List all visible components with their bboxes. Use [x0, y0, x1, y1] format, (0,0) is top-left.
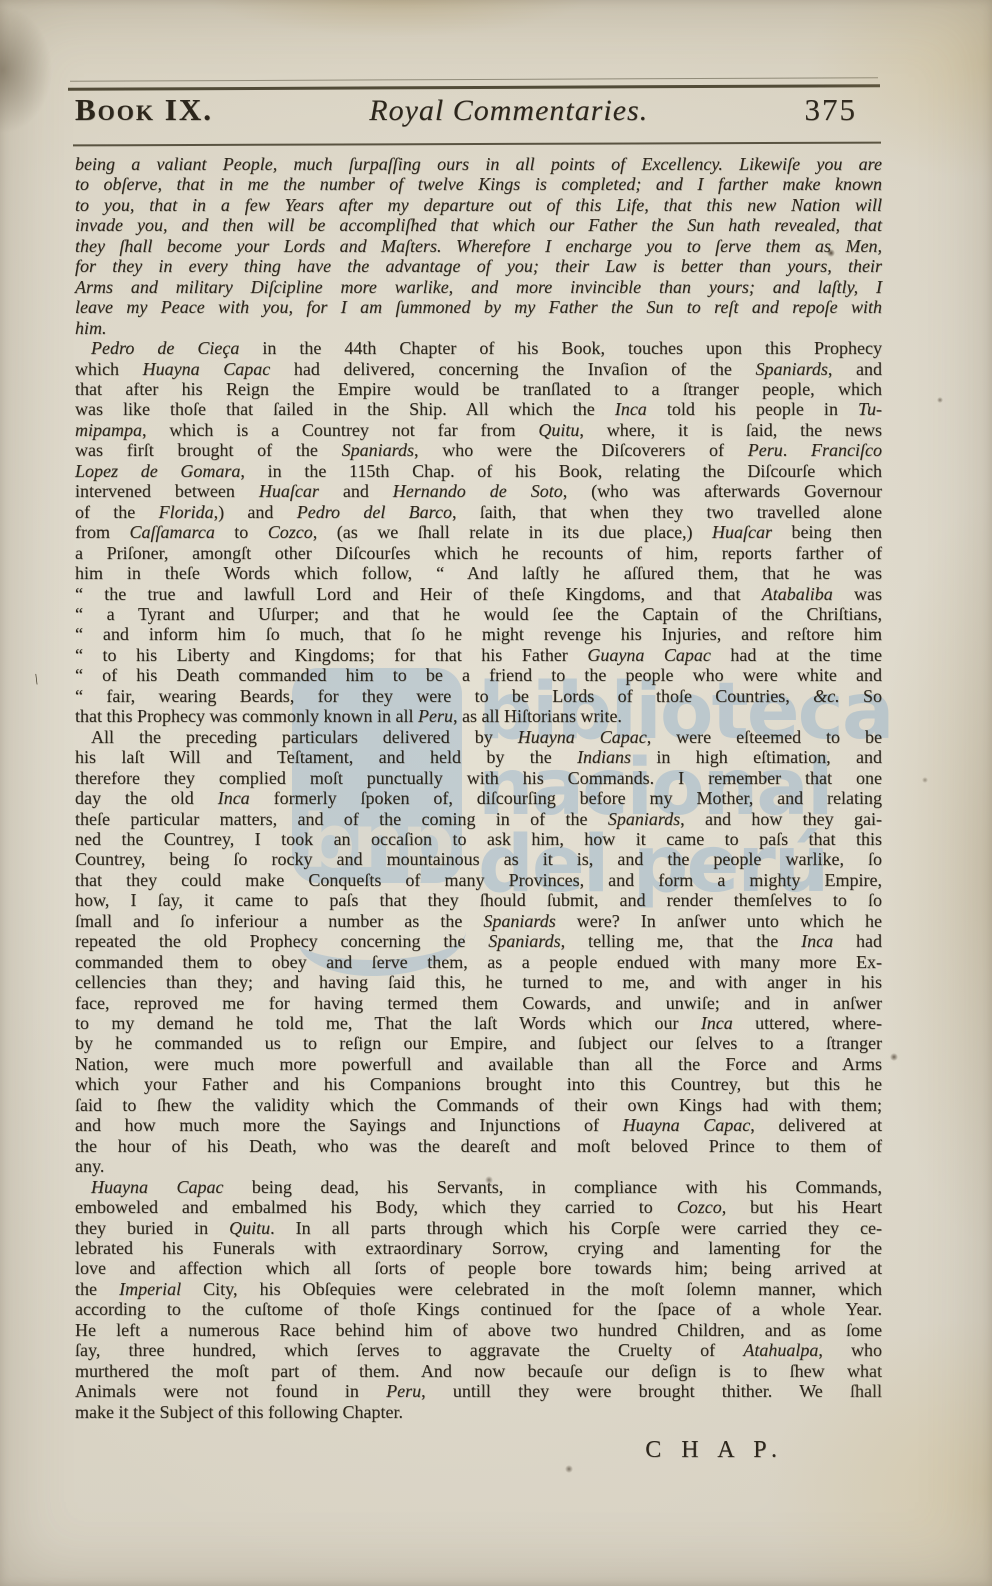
text-line: Arms and military Diſcipline more warlik… — [75, 277, 882, 297]
text-line: was firſt brought of the Spaniards, who … — [75, 440, 882, 460]
text-line: murthered the moſt part of them. And now… — [75, 1361, 882, 1381]
italic-text-segment: Spaniards — [488, 931, 560, 951]
italic-text-segment: Cozco — [677, 1197, 722, 1217]
text-line: “ the true and lawfull Lord and Heir of … — [75, 584, 882, 604]
text-segment: was — [833, 584, 882, 604]
text-line: how, I ſay, it came to paſs that they ſh… — [75, 890, 882, 910]
text-segment: that they could make Conqueſts of many P… — [75, 870, 882, 890]
italic-text-segment: Spaniards — [756, 359, 828, 379]
text-segment: , which is a Countrey not far from — [142, 420, 538, 440]
text-line: Huayna Capac being dead, his Servants, i… — [75, 1177, 882, 1197]
text-segment: ſmall and ſo inferiour a number as the — [75, 911, 483, 931]
text-segment: in the 44th Chapter of his Book, touches… — [239, 338, 882, 358]
text-segment: , ſaith, that when they two travelled al… — [452, 502, 882, 522]
text-line: they ſhall become your Lords and Maſters… — [75, 236, 882, 256]
text-line: the Imperial City, his Obſequies were ce… — [75, 1279, 882, 1299]
page-number: 375 — [805, 92, 858, 128]
text-segment: day the old — [75, 788, 218, 808]
text-segment: had at the time — [711, 645, 882, 665]
text-line: He left a numerous Race behind him of ab… — [75, 1320, 882, 1340]
page-header: Book IX. Royal Commentaries. 375 — [75, 92, 857, 138]
text-segment: the — [75, 1279, 119, 1299]
text-line: from Caſſamarca to Cozco, (as we ſhall r… — [75, 522, 882, 542]
text-segment: , and — [828, 359, 882, 379]
text-segment: were? In anſwer unto which he — [556, 911, 882, 931]
text-line: to obſerve, that in me the number of twe… — [75, 174, 882, 194]
text-segment: ned the Countrey, I took an occaſion to … — [75, 829, 882, 849]
italic-text-segment: Spaniards — [483, 911, 555, 931]
italic-text-segment: Pedro de Cieça — [91, 338, 239, 358]
text-line: Nation, were much more powerfull and ava… — [75, 1054, 882, 1074]
text-line: that after his Reign the Empire would be… — [75, 379, 882, 399]
text-segment: to — [215, 522, 268, 542]
running-title: Royal Commentaries. — [369, 94, 648, 128]
italic-text-segment: Caſſamarca — [129, 522, 214, 542]
text-segment: of the — [75, 502, 159, 522]
text-segment: “ of his Death commanded him to be a fri… — [75, 665, 882, 685]
text-line: and how much more the Sayings and Injunc… — [75, 1115, 882, 1135]
text-line: his laſt Will and Teſtament, and held by… — [75, 747, 882, 767]
text-segment: murthered the moſt part of them. And now… — [75, 1361, 882, 1381]
text-segment: , delivered at — [750, 1115, 882, 1135]
text-line: to you, that in a few Years after my dep… — [75, 195, 882, 215]
text-segment: , as all Hiſtorians write. — [453, 706, 622, 726]
text-segment: , (as we ſhall relate in its due place,) — [313, 522, 712, 542]
header-rule-top — [68, 84, 880, 90]
text-line: theſe particular matters, and of the com… — [75, 809, 882, 829]
text-segment: which — [75, 359, 143, 379]
text-segment: for they in every thing have the advanta… — [75, 256, 882, 276]
text-line: “ fair, wearing Beards, for they were to… — [75, 686, 882, 706]
text-line: any. — [75, 1156, 882, 1176]
text-line: mipampa, which is a Countrey not far fro… — [75, 420, 882, 440]
text-line: the hour of his Death, who was the deare… — [75, 1136, 882, 1156]
text-line: they buried in Quitu. In all parts throu… — [75, 1218, 882, 1238]
italic-text-segment: Peru — [748, 440, 783, 460]
text-line: Lopez de Gomara, in the 115th Chap. of h… — [75, 461, 882, 481]
text-line: which your Father and his Companions bro… — [75, 1074, 882, 1094]
text-segment: intervened between — [75, 481, 259, 501]
book-page: Book IX. Royal Commentaries. 375 bnp bib… — [0, 0, 992, 1586]
text-segment: that after his Reign the Empire would be… — [75, 379, 882, 399]
text-segment: , who — [818, 1340, 882, 1360]
text-line: therefore they complied moſt punctually … — [75, 768, 882, 788]
text-line: was like thoſe that ſailed in the Ship. … — [75, 399, 882, 419]
paragraph-2: Pedro de Cieça in the 44th Chapter of hi… — [75, 338, 882, 727]
paragraph-4: Huayna Capac being dead, his Servants, i… — [75, 1177, 882, 1422]
italic-text-segment: Cozco — [268, 522, 313, 542]
text-segment: and how much more the Sayings and Injunc… — [75, 1115, 623, 1135]
text-segment: ſay, three hundred, which ſerves to aggr… — [75, 1340, 743, 1360]
text-segment: He left a numerous Race behind him of ab… — [75, 1320, 882, 1340]
italic-text-segment: Tu- — [858, 399, 882, 419]
text-segment: Animals were not found in — [75, 1381, 386, 1401]
italic-text-segment: Huayna Capac — [91, 1177, 223, 1197]
text-segment: how, I ſay, it came to paſs that they ſh… — [75, 890, 882, 910]
text-segment: repeated the old Prophecy concerning the — [75, 931, 488, 951]
text-line: ſay, three hundred, which ſerves to aggr… — [75, 1340, 882, 1360]
italic-text-segment: Spaniards — [608, 809, 680, 829]
text-line: which Huayna Capac had delivered, concer… — [75, 359, 882, 379]
text-segment: . — [783, 440, 811, 460]
text-line: “ of his Death commanded him to be a fri… — [75, 665, 882, 685]
text-line: “ and inform him ſo much, that ſo he mig… — [75, 624, 882, 644]
text-line: according to the cuſtome of thoſe Kings … — [75, 1299, 882, 1319]
text-segment: love and affection which all ſorts of pe… — [75, 1258, 882, 1278]
text-segment: , untill they were brought thither. We ſ… — [421, 1381, 882, 1401]
italic-text-segment: Inca — [615, 399, 647, 419]
paragraph-1: being a valiant People, much ſurpaſſing … — [75, 154, 882, 338]
text-line: to my demand he told me, That the laſt W… — [75, 1013, 882, 1033]
text-segment: to my demand he told me, That the laſt W… — [75, 1013, 701, 1033]
text-segment: a Priſoner, amongſt other Diſcourſes whi… — [75, 543, 882, 563]
text-line: invade you, and then will be accompliſhe… — [75, 215, 882, 235]
text-segment: his laſt Will and Teſtament, and held by… — [75, 747, 577, 767]
text-segment: him in theſe Words which follow, “ And l… — [75, 563, 882, 583]
text-segment: being then — [772, 522, 882, 542]
text-line: of the Florida,) and Pedro del Barco, ſa… — [75, 502, 882, 522]
text-line: leave my Peace with you, for I am ſummon… — [75, 297, 882, 317]
text-line: make it the Subject of this following Ch… — [75, 1402, 882, 1422]
text-line: Countrey, being ſo rocky and mountainous… — [75, 849, 882, 869]
book-label: Book IX. — [75, 92, 213, 128]
text-line: emboweled and embalmed his Body, which t… — [75, 1197, 882, 1217]
text-segment: commanded them to obey and ſerve them, a… — [75, 952, 882, 972]
text-segment: being a valiant People, much ſurpaſſing … — [75, 154, 882, 174]
text-segment: City, his Obſequies were celebrated in t… — [181, 1279, 882, 1299]
text-segment: , were eſteemed to be — [647, 727, 882, 747]
header-rule-bottom — [73, 142, 881, 147]
text-segment: uttered, where- — [733, 1013, 882, 1033]
text-line: being a valiant People, much ſurpaſſing … — [75, 154, 882, 174]
text-line: for they in every thing have the advanta… — [75, 256, 882, 276]
text-segment: being dead, his Servants, in compliance … — [223, 1177, 882, 1197]
text-segment: , in the 115th Chap. of his Book, relati… — [240, 461, 882, 481]
text-segment: had — [833, 931, 882, 951]
text-line: him in theſe Words which follow, “ And l… — [75, 563, 882, 583]
text-segment: to obſerve, that in me the number of twe… — [75, 174, 882, 194]
text-segment: “ to his Liberty and Kingdoms; for that … — [75, 645, 587, 665]
text-segment: So — [840, 686, 882, 706]
text-line: All the preceding particulars delivered … — [75, 727, 882, 747]
text-segment: , (who was afterwards Governour — [563, 481, 882, 501]
text-segment: ſaid to ſhew the validity which the Comm… — [75, 1095, 882, 1115]
text-segment: they buried in — [75, 1218, 229, 1238]
text-line: commanded them to obey and ſerve them, a… — [75, 952, 882, 972]
text-segment: any. — [75, 1156, 104, 1176]
text-segment: “ a Tyrant and Uſurper; and that he woul… — [75, 604, 882, 624]
text-line: lebrated his Funerals with extraordinary… — [75, 1238, 882, 1258]
italic-text-segment: Guayna Capac — [587, 645, 711, 665]
text-segment: leave my Peace with you, for I am ſummon… — [75, 297, 882, 317]
text-segment: formerly ſpoken of, diſcourſing before m… — [250, 788, 882, 808]
text-line: “ to his Liberty and Kingdoms; for that … — [75, 645, 882, 665]
text-segment: Nation, were much more powerfull and ava… — [75, 1054, 882, 1074]
text-segment: , and how they gai- — [680, 809, 882, 829]
text-segment: “ the true and lawfull Lord and Heir of … — [75, 584, 762, 604]
italic-text-segment: Huayna Capac — [623, 1115, 751, 1135]
italic-text-segment: Peru — [418, 706, 453, 726]
text-line: ſaid to ſhew the validity which the Comm… — [75, 1095, 882, 1115]
text-line: ſmall and ſo inferiour a number as the S… — [75, 911, 882, 931]
italic-text-segment: mipampa — [75, 420, 142, 440]
text-segment: him. — [75, 318, 107, 338]
italic-text-segment: Huayna Capac — [143, 359, 271, 379]
italic-text-segment: Florida — [159, 502, 214, 522]
text-segment: emboweled and embalmed his Body, which t… — [75, 1197, 677, 1217]
header-rule-top-thin — [70, 77, 878, 82]
text-line: ned the Countrey, I took an occaſion to … — [75, 829, 882, 849]
italic-text-segment: Indians — [577, 747, 631, 767]
text-segment: cellencies than they; and having ſaid th… — [75, 972, 882, 992]
text-segment: was like thoſe that ſailed in the Ship. … — [75, 399, 615, 419]
text-segment: ,) and — [214, 502, 297, 522]
text-segment: therefore they complied moſt punctually … — [75, 768, 882, 788]
text-segment: face, reproved me for having termed them… — [75, 993, 882, 1013]
italic-text-segment: Huaſcar — [259, 481, 319, 501]
paragraph-3: All the preceding particulars delivered … — [75, 727, 882, 1177]
text-segment: and — [319, 481, 393, 501]
text-line: Animals were not found in Peru, untill t… — [75, 1381, 882, 1401]
italic-text-segment: Inca — [218, 788, 250, 808]
italic-text-segment: Huaſcar — [712, 522, 772, 542]
italic-text-segment: Inca — [801, 931, 833, 951]
italic-text-segment: Atahualpa — [743, 1340, 818, 1360]
text-line: cellencies than they; and having ſaid th… — [75, 972, 882, 992]
text-segment: invade you, and then will be accompliſhe… — [75, 215, 882, 235]
text-segment: the hour of his Death, who was the deare… — [75, 1136, 882, 1156]
text-segment: that this Prophecy was commonly known in… — [75, 706, 418, 726]
text-segment: to you, that in a few Years after my dep… — [75, 195, 882, 215]
italic-text-segment: Atabaliba — [762, 584, 833, 604]
margin-mark: \ — [32, 672, 40, 689]
text-line: by he commanded us to reſign our Empire,… — [75, 1033, 882, 1053]
text-segment: was firſt brought of the — [75, 440, 342, 460]
text-segment: by he commanded us to reſign our Empire,… — [75, 1033, 882, 1053]
text-segment: lebrated his Funerals with extraordinary… — [75, 1238, 882, 1258]
text-segment: . In all parts through which his Corpſe … — [270, 1218, 882, 1238]
text-segment: , where, it is ſaid, the news — [579, 420, 882, 440]
text-segment: , but his Heart — [722, 1197, 882, 1217]
text-line: repeated the old Prophecy concerning the… — [75, 931, 882, 951]
text-segment: theſe particular matters, and of the com… — [75, 809, 608, 829]
italic-text-segment: Inca — [701, 1013, 733, 1033]
text-segment: All the preceding particulars delivered … — [91, 727, 518, 747]
italic-text-segment: Franciſco — [811, 440, 882, 460]
italic-text-segment: &c. — [813, 686, 840, 706]
text-segment: according to the cuſtome of thoſe Kings … — [75, 1299, 882, 1319]
italic-text-segment: Spaniards — [342, 440, 414, 460]
text-line: that they could make Conqueſts of many P… — [75, 870, 882, 890]
italic-text-segment: Lopez de Gomara — [75, 461, 240, 481]
text-segment: Arms and military Diſcipline more warlik… — [75, 277, 882, 297]
text-line: him. — [75, 318, 882, 338]
text-segment: told his people in — [647, 399, 858, 419]
catchword: C H A P. — [645, 1437, 784, 1464]
text-line: intervened between Huaſcar and Hernando … — [75, 481, 882, 501]
text-segment: “ fair, wearing Beards, for they were to… — [75, 686, 813, 706]
text-segment: Countrey, being ſo rocky and mountainous… — [75, 849, 882, 869]
italic-text-segment: Quitu — [538, 420, 579, 440]
italic-text-segment: Imperial — [119, 1279, 181, 1299]
text-segment: “ and inform him ſo much, that ſo he mig… — [75, 624, 882, 644]
text-segment: which your Father and his Companions bro… — [75, 1074, 882, 1094]
italic-text-segment: Pedro del Barco — [297, 502, 452, 522]
text-block: being a valiant People, much ſurpaſſing … — [75, 154, 882, 1422]
text-segment: had delivered, concerning the Invaſion o… — [270, 359, 755, 379]
text-segment: from — [75, 522, 129, 542]
text-line: Pedro de Cieça in the 44th Chapter of hi… — [75, 338, 882, 358]
italic-text-segment: Hernando de Soto — [393, 481, 563, 501]
italic-text-segment: Quitu — [229, 1218, 270, 1238]
text-line: that this Prophecy was commonly known in… — [75, 706, 882, 726]
text-line: face, reproved me for having termed them… — [75, 993, 882, 1013]
text-segment: they ſhall become your Lords and Maſters… — [75, 236, 882, 256]
text-line: a Priſoner, amongſt other Diſcourſes whi… — [75, 543, 882, 563]
italic-text-segment: Huayna Capac — [518, 727, 647, 747]
text-segment: , who were the Diſcoverers of — [414, 440, 748, 460]
text-segment: , telling me, that the — [561, 931, 801, 951]
text-line: day the old Inca formerly ſpoken of, diſ… — [75, 788, 882, 808]
text-line: “ a Tyrant and Uſurper; and that he woul… — [75, 604, 882, 624]
text-segment: make it the Subject of this following Ch… — [75, 1402, 403, 1422]
text-segment: in high eſtimation, and — [631, 747, 882, 767]
italic-text-segment: Peru — [386, 1381, 421, 1401]
text-line: love and affection which all ſorts of pe… — [75, 1258, 882, 1278]
